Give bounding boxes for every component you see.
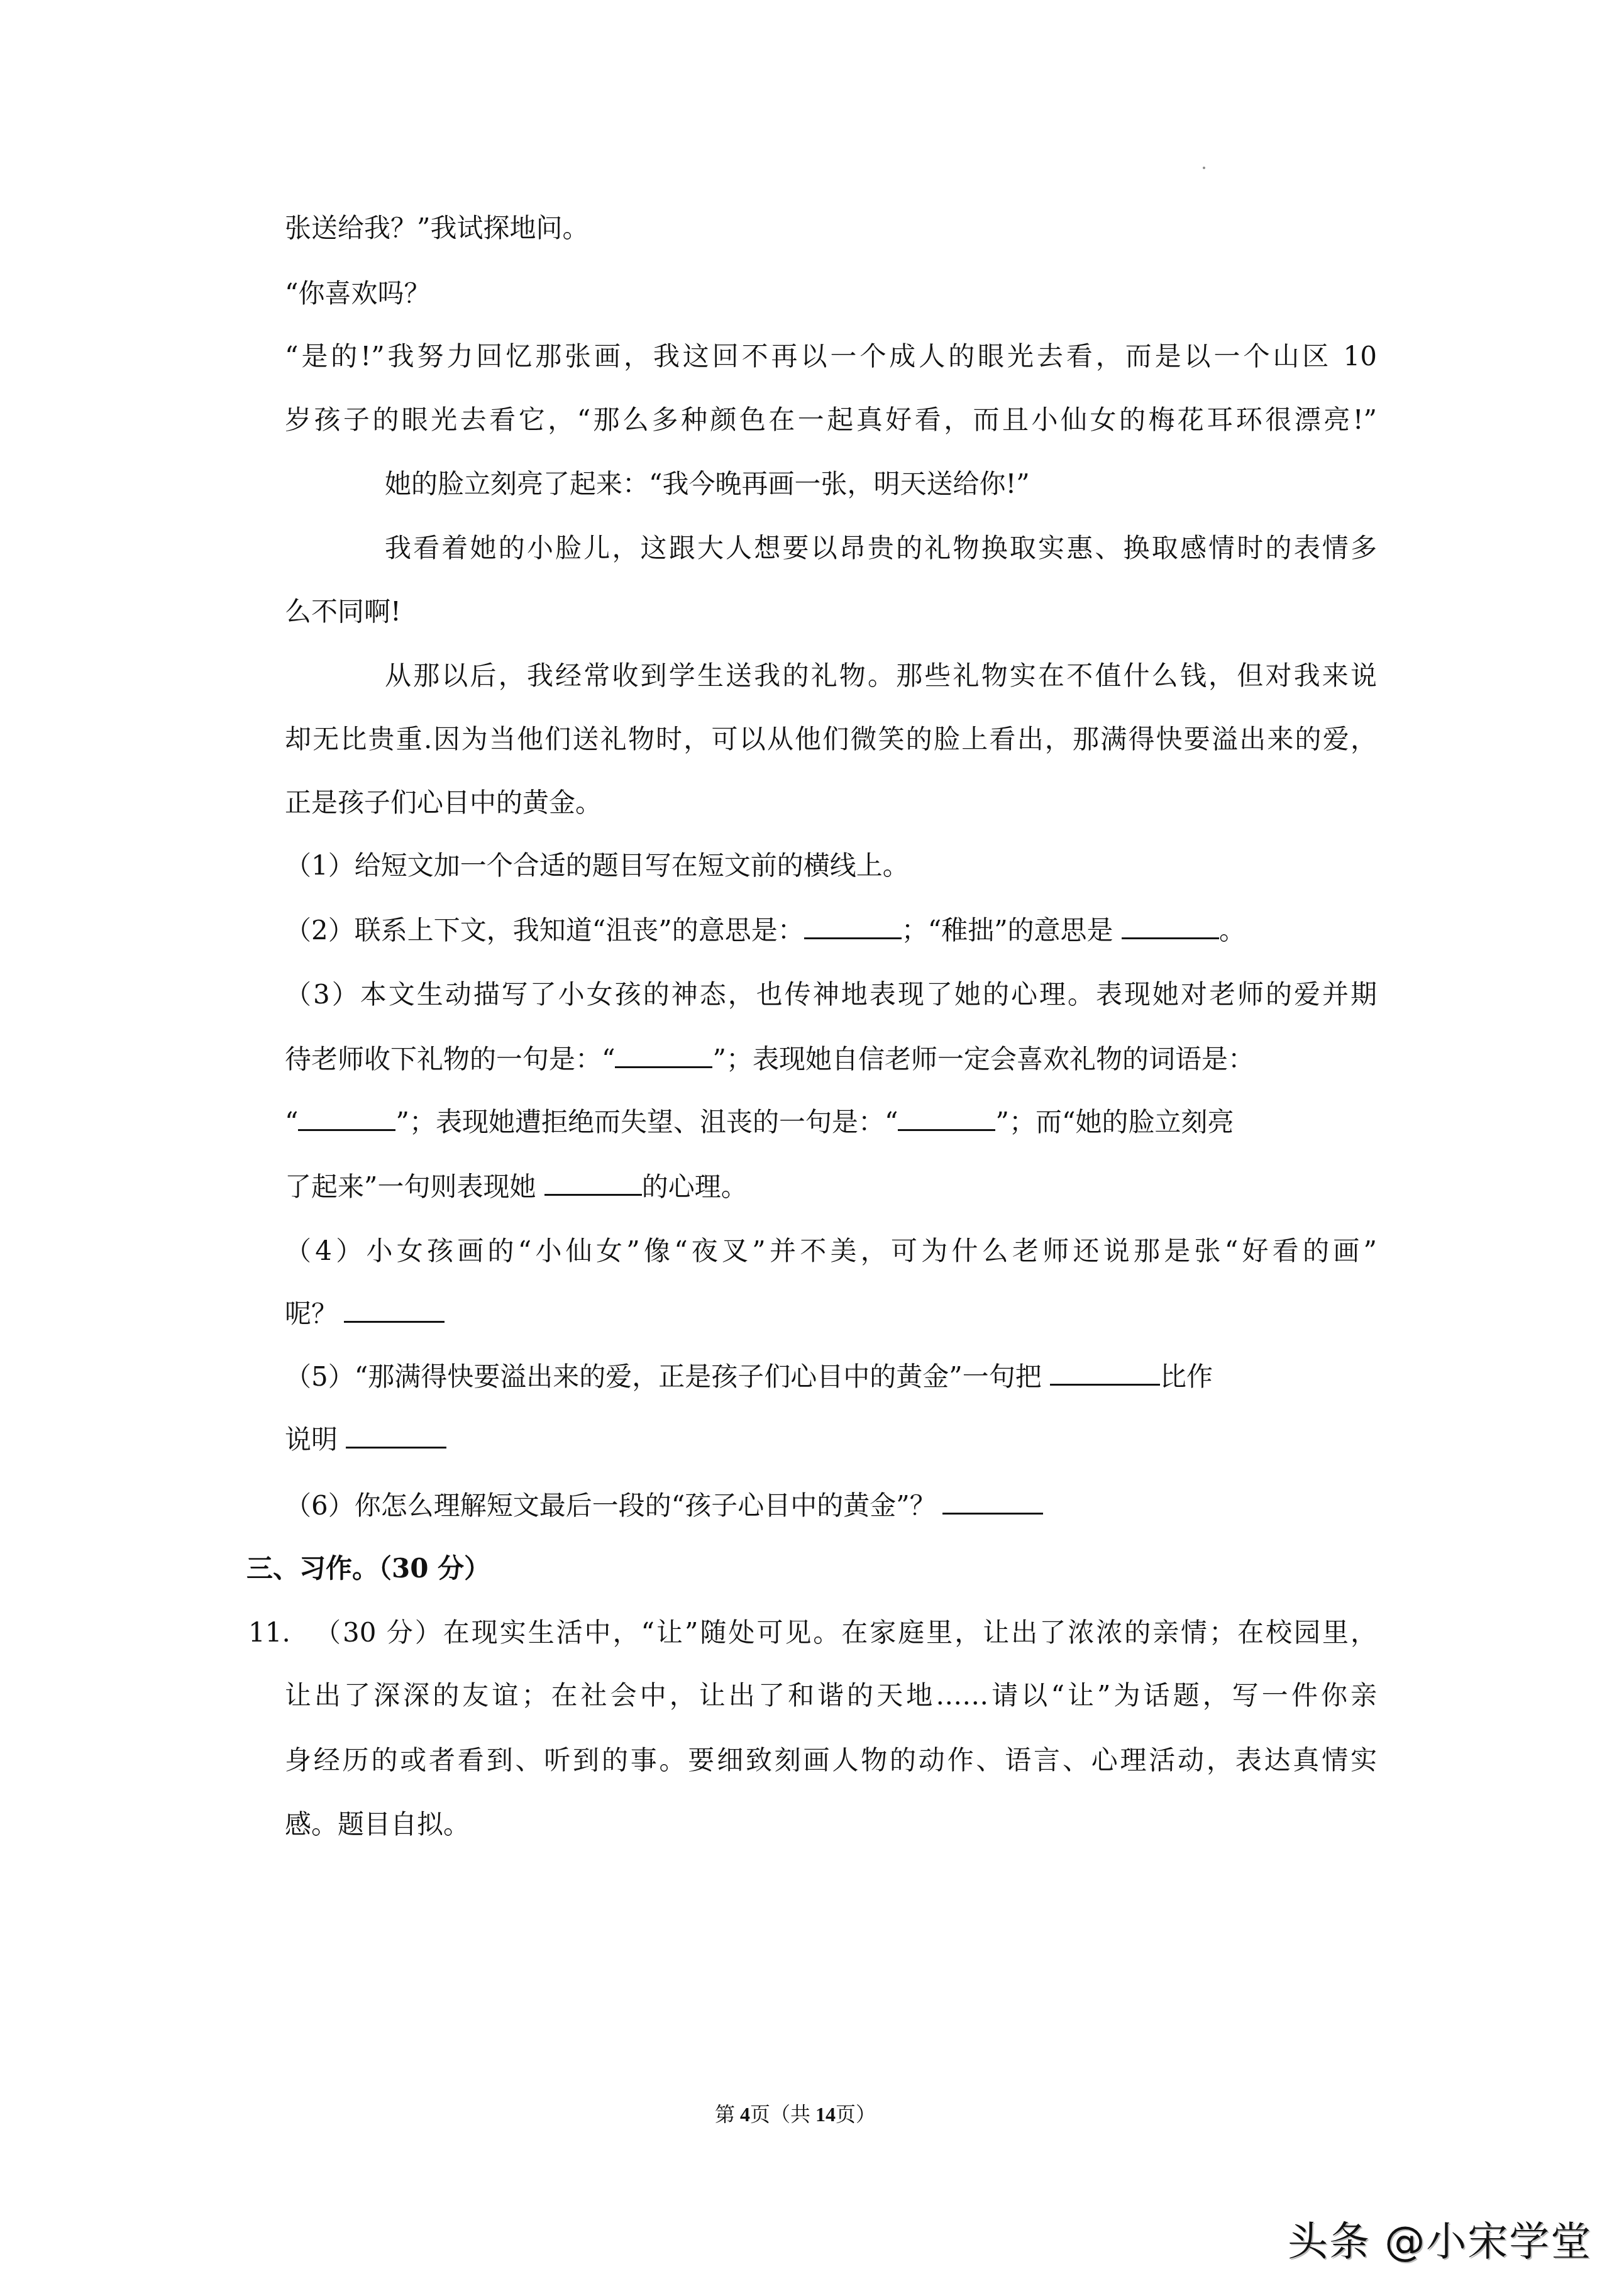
footer-text: 页（共 bbox=[750, 2103, 815, 2126]
section-heading-text: 三、习作。（ bbox=[246, 1553, 392, 1584]
question-2-text-b: ；“稚拙”的意思是 bbox=[902, 915, 1122, 946]
passage-line: 却无比贵重.因为当他们送礼物时，可以从他们微笑的脸上看出，那满得快要溢出来的爱， bbox=[285, 724, 1377, 755]
answer-blank-disappointed-sentence[interactable] bbox=[898, 1107, 995, 1131]
question-2-text-a: （2）联系上下文，我知道“沮丧”的意思是： bbox=[285, 915, 804, 946]
question-11-line-4: 感。题目自拟。 bbox=[285, 1809, 470, 1840]
question-3-line-2: 待老师收下礼物的一句是：“”；表现她自信老师一定会喜欢礼物的词语是： bbox=[285, 1044, 1254, 1075]
question-3-text: ”；表现她遭拒绝而失望、沮丧的一句是：“ bbox=[395, 1107, 898, 1137]
question-3-text: “ bbox=[285, 1107, 298, 1137]
question-6-text: （6）你怎么理解短文最后一段的“孩子心目中的黄金”？ bbox=[285, 1490, 936, 1521]
question-3-line-4: 了起来”一句则表现她 的心理。 bbox=[285, 1171, 748, 1203]
answer-blank-love-sentence[interactable] bbox=[615, 1044, 712, 1068]
answer-blank-mood[interactable] bbox=[544, 1171, 642, 1196]
answer-blank-jusang[interactable] bbox=[804, 915, 902, 939]
passage-line: 她的脸立刻亮了起来：“我今晚再画一张，明天送给你!” bbox=[385, 468, 1030, 500]
passage-line: 张送给我？”我试探地问。 bbox=[285, 212, 588, 244]
question-5-line-1: （5）“那满得快要溢出来的爱，正是孩子们心目中的黄金”一句把 比作 bbox=[285, 1361, 1377, 1393]
scan-speck bbox=[1203, 167, 1205, 169]
footer-text: 第 bbox=[715, 2103, 740, 2126]
passage-line: 从那以后，我经常收到学生送我的礼物。那些礼物实在不值什么钱，但对我来说 bbox=[385, 660, 1377, 692]
question-4-text: 呢？ bbox=[285, 1298, 338, 1329]
question-2-text-c: 。 bbox=[1219, 915, 1246, 946]
question-11-line-1: （30 分）在现实生活中，“让”随处可见。在家庭里，让出了浓浓的亲情；在校园里， bbox=[314, 1617, 1377, 1648]
question-3-text: 待老师收下礼物的一句是：“ bbox=[285, 1044, 615, 1074]
section-score: 30 bbox=[392, 1553, 428, 1584]
answer-blank-confident-word[interactable] bbox=[298, 1107, 395, 1131]
page-footer: 第 4页（共 14页） bbox=[715, 2100, 876, 2129]
question-3-text: 的心理。 bbox=[642, 1171, 748, 1202]
passage-line: 我看着她的小脸儿，这跟大人想要以昂贵的礼物换取实惠、换取感情时的表情多 bbox=[385, 533, 1377, 564]
question-3-text: ”；表现她自信老师一定会喜欢礼物的词语是： bbox=[712, 1044, 1254, 1074]
passage-line: “是的!”我努力回忆那张画，我这回不再以一个成人的眼光去看，而是以一个山区 10 bbox=[285, 341, 1377, 372]
question-11-line-2: 让出了深深的友谊；在社会中，让出了和谐的天地……请以“让”为话题，写一件你亲 bbox=[285, 1680, 1377, 1711]
question-2: （2）联系上下文，我知道“沮丧”的意思是：；“稚拙”的意思是 。 bbox=[285, 915, 1246, 946]
passage-line: 么不同啊! bbox=[285, 596, 401, 627]
question-3-line-3: “”；表现她遭拒绝而失望、沮丧的一句是：“”；而“她的脸立刻亮 bbox=[285, 1107, 1234, 1138]
question-4-line-1: （4）小女孩画的“小仙女”像“夜叉”并不美，可为什么老师还说那是张“好看的画” bbox=[285, 1235, 1377, 1267]
section-heading-writing: 三、习作。（30 分） bbox=[246, 1553, 490, 1584]
question-6: （6）你怎么理解短文最后一段的“孩子心目中的黄金”？ bbox=[285, 1490, 1043, 1521]
question-4-line-2: 呢？ bbox=[285, 1298, 445, 1330]
answer-blank-q6[interactable] bbox=[942, 1490, 1043, 1515]
passage-line: 正是孩子们心目中的黄金。 bbox=[285, 787, 602, 819]
question-5-text: 说明 bbox=[285, 1424, 346, 1455]
passage-line: “你喜欢吗？ bbox=[285, 278, 430, 309]
answer-blank-q4[interactable] bbox=[344, 1298, 445, 1323]
watermark: 头条 @小宋学堂 bbox=[1288, 2218, 1592, 2266]
question-5-line-2: 说明 bbox=[285, 1424, 446, 1455]
question-5-text: 比作 bbox=[1160, 1361, 1213, 1392]
total-pages-number: 14 bbox=[815, 2103, 836, 2126]
passage-line: 岁孩子的眼光去看它，“那么多种颜色在一起真好看，而且小仙女的梅花耳环很漂亮!” bbox=[285, 404, 1377, 436]
question-3-text: 了起来”一句则表现她 bbox=[285, 1171, 544, 1202]
footer-text: 页） bbox=[836, 2103, 876, 2126]
current-page-number: 4 bbox=[740, 2103, 750, 2126]
answer-blank-compare-subject[interactable] bbox=[1050, 1361, 1160, 1386]
answer-blank-zhizhuo[interactable] bbox=[1122, 915, 1219, 939]
section-heading-text: 分） bbox=[428, 1553, 490, 1584]
answer-blank-explain[interactable] bbox=[346, 1424, 446, 1449]
question-11-number: 11. bbox=[248, 1617, 290, 1648]
question-1: （1）给短文加一个合适的题目写在短文前的横线上。 bbox=[285, 850, 909, 881]
question-3-line-1: （3）本文生动描写了小女孩的神态，也传神地表现了她的心理。表现她对老师的爱并期 bbox=[285, 979, 1377, 1010]
question-3-text: ”；而“她的脸立刻亮 bbox=[995, 1107, 1234, 1137]
question-5-text: （5）“那满得快要溢出来的爱，正是孩子们心目中的黄金”一句把 bbox=[285, 1361, 1050, 1392]
question-11-line-3: 身经历的或者看到、听到的事。要细致刻画人物的动作、语言、心理活动，表达真情实 bbox=[285, 1745, 1377, 1776]
